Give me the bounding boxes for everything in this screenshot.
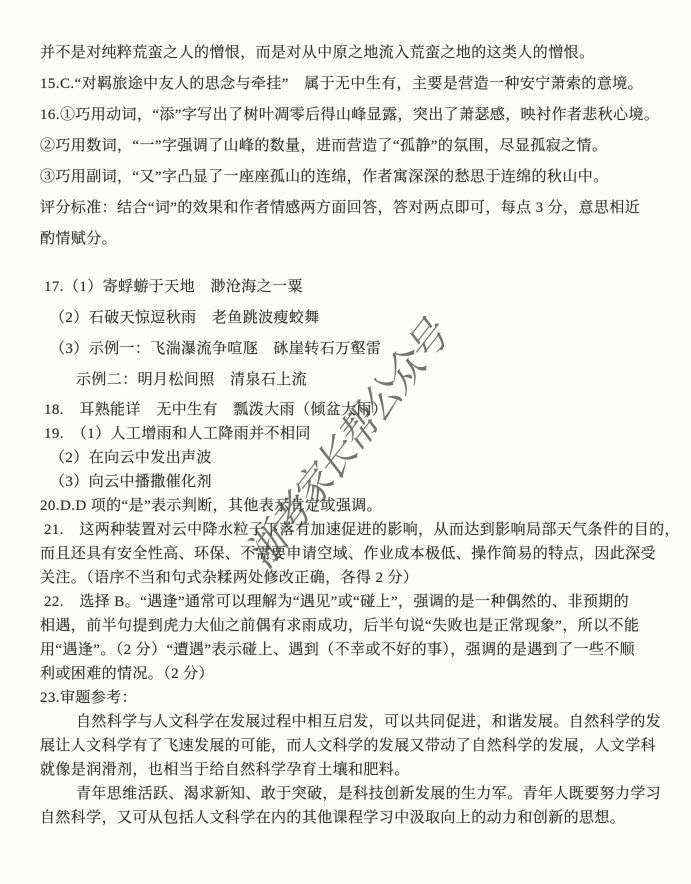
- doc-line: 自然科学，又可从包括人文科学在内的其他课程学习中汲取向上的动力和创新的思想。: [40, 806, 653, 830]
- doc-line: 关注。（语序不当和句式杂糅两处修改正确，各得 2 分）: [40, 566, 653, 590]
- doc-line: 青年思维活跃、渴求新知、敢于突破，是科技创新发展的生力军。青年人既要努力学习: [76, 782, 653, 806]
- doc-line: 15.C.“对羁旅途中友人的思念与牵挂” 属于无中生有，主要是营造一种安宁萧索的…: [40, 69, 653, 100]
- doc-line: 23.审题参考：: [40, 686, 653, 710]
- doc-line: 相遇，前半句提到虎力大仙之前偶有求雨成功，后半句说“失败也是正常现象”，所以不能: [40, 614, 653, 638]
- doc-line: 20.D.D 项的“是”表示判断，其他表示肯定或强调。: [40, 494, 653, 518]
- doc-line: 示例二：明月松间照 清泉石上流: [76, 365, 653, 396]
- doc-line: （3）向云中播撒催化剂: [50, 470, 653, 494]
- doc-line: （3）示例一：飞湍瀑流争喧豗 砯崖转石万壑雷: [50, 334, 653, 365]
- doc-line: 22. 选择 B。“遇逢”通常可以理解为“遇见”或“碰上”，强调的是一种偶然的、…: [44, 590, 653, 614]
- doc-line: 酌情赋分。: [40, 224, 653, 255]
- doc-line: 17.（1）寄蜉蝣于天地 渺沧海之一粟: [44, 272, 653, 303]
- doc-line: 利或困难的情况。（2 分）: [40, 662, 653, 686]
- doc-line: 就像是润滑剂，也相当于给自然科学孕育土壤和肥料。: [40, 758, 653, 782]
- doc-line: ②巧用数词，“一”字强调了山峰的数量，进而营造了“孤静”的氛围，尽显孤寂之情。: [40, 131, 653, 162]
- doc-line: （2）石破天惊逗秋雨 老鱼跳波瘦蛟舞: [50, 303, 653, 334]
- doc-line: 18. 耳熟能详 无中生有 瓢泼大雨（倾盆大雨）: [44, 398, 653, 422]
- doc-line: 展让人文科学有了飞速发展的可能，而人文科学的发展又带动了自然科学的发展，人文学科: [40, 734, 653, 758]
- doc-line: 19. （1）人工增雨和人工降雨并不相同: [44, 422, 653, 446]
- doc-line: 21. 这两种装置对云中降水粒子下落有加速促进的影响，从而达到影响局部天气条件的…: [44, 518, 653, 542]
- doc-line: （2）在向云中发出声波: [50, 446, 653, 470]
- doc-line: 而且还具有安全性高、环保、不需要申请空域、作业成本极低、操作简易的特点，因此深受: [40, 542, 653, 566]
- document-page: 并不是对纯粹荒蛮之人的憎恨，而是对从中原之地流入荒蛮之地的这类人的憎恨。 15.…: [0, 0, 691, 884]
- doc-line: 并不是对纯粹荒蛮之人的憎恨，而是对从中原之地流入荒蛮之地的这类人的憎恨。: [40, 38, 653, 69]
- doc-line: 用“遇逢”。（2 分）“遭遇”表示碰上、遇到（不幸或不好的事），强调的是遇到了一…: [40, 638, 653, 662]
- doc-line: 16.①巧用动词，“添”字写出了树叶凋零后得山峰显露，突出了萧瑟感，映衬作者悲秋…: [40, 100, 653, 131]
- doc-line: 评分标准：结合“词”的效果和作者情感两方面回答，答对两点即可，每点 3 分，意思…: [40, 193, 653, 224]
- doc-line: ③巧用副词，“又”字凸显了一座座孤山的连绵，作者寓深深的愁思于连绵的秋山中。: [40, 162, 653, 193]
- doc-line: 自然科学与人文科学在发展过程中相互启发，可以共同促进，和谐发展。自然科学的发: [76, 710, 653, 734]
